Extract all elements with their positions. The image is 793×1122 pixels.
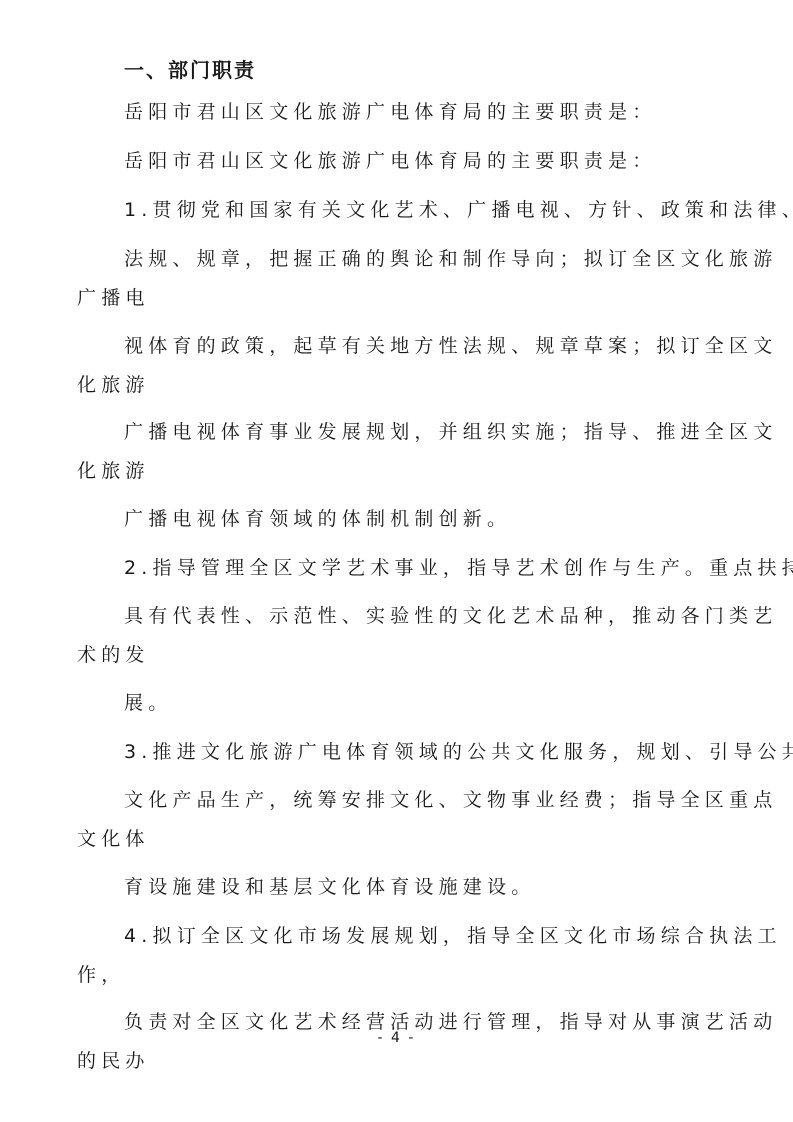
text-line: 化旅游 xyxy=(77,459,150,483)
text-line: 2.指导管理全区文学艺术事业，指导艺术创作与生产。重点扶持 xyxy=(124,556,793,580)
text-line: 术的发 xyxy=(77,643,150,667)
text-line: 作， xyxy=(77,963,125,987)
text-line: 文化体 xyxy=(77,827,150,851)
page-number: - 4 - xyxy=(0,1030,793,1046)
text-line: 1.贯彻党和国家有关文化艺术、广播电视、方针、政策和法律、 xyxy=(124,198,793,222)
text-line: 的民办 xyxy=(77,1049,150,1073)
text-line: 广播电 xyxy=(77,286,150,310)
text-line: 化旅游 xyxy=(77,373,150,397)
text-line: 4.拟订全区文化市场发展规划，指导全区文化市场综合执法工 xyxy=(124,924,782,948)
text-line: 广播电视体育领域的体制机制创新。 xyxy=(124,507,511,531)
text-line: 视体育的政策，起草有关地方性法规、规章草案；拟订全区文 xyxy=(124,334,777,358)
text-line: 育设施建设和基层文化体育设施建设。 xyxy=(124,875,535,899)
text-line: 3.推进文化旅游广电体育领域的公共文化服务，规划、引导公共 xyxy=(124,740,793,764)
text-line: 广播电视体育事业发展规划，并组织实施；指导、推进全区文 xyxy=(124,420,777,444)
text-line: 展。 xyxy=(124,691,172,715)
text-line: 法规、规章，把握正确的舆论和制作导向；拟订全区文化旅游 xyxy=(124,247,777,271)
text-line: 岳阳市君山区文化旅游广电体育局的主要职责是： xyxy=(124,100,656,124)
text-line: 具有代表性、示范性、实验性的文化艺术品种，推动各门类艺 xyxy=(124,604,777,628)
text-line: 岳阳市君山区文化旅游广电体育局的主要职责是： xyxy=(124,149,656,173)
text-line: 文化产品生产，统筹安排文化、文物事业经费；指导全区重点 xyxy=(124,788,777,812)
section-heading: 一、部门职责 xyxy=(124,58,256,82)
